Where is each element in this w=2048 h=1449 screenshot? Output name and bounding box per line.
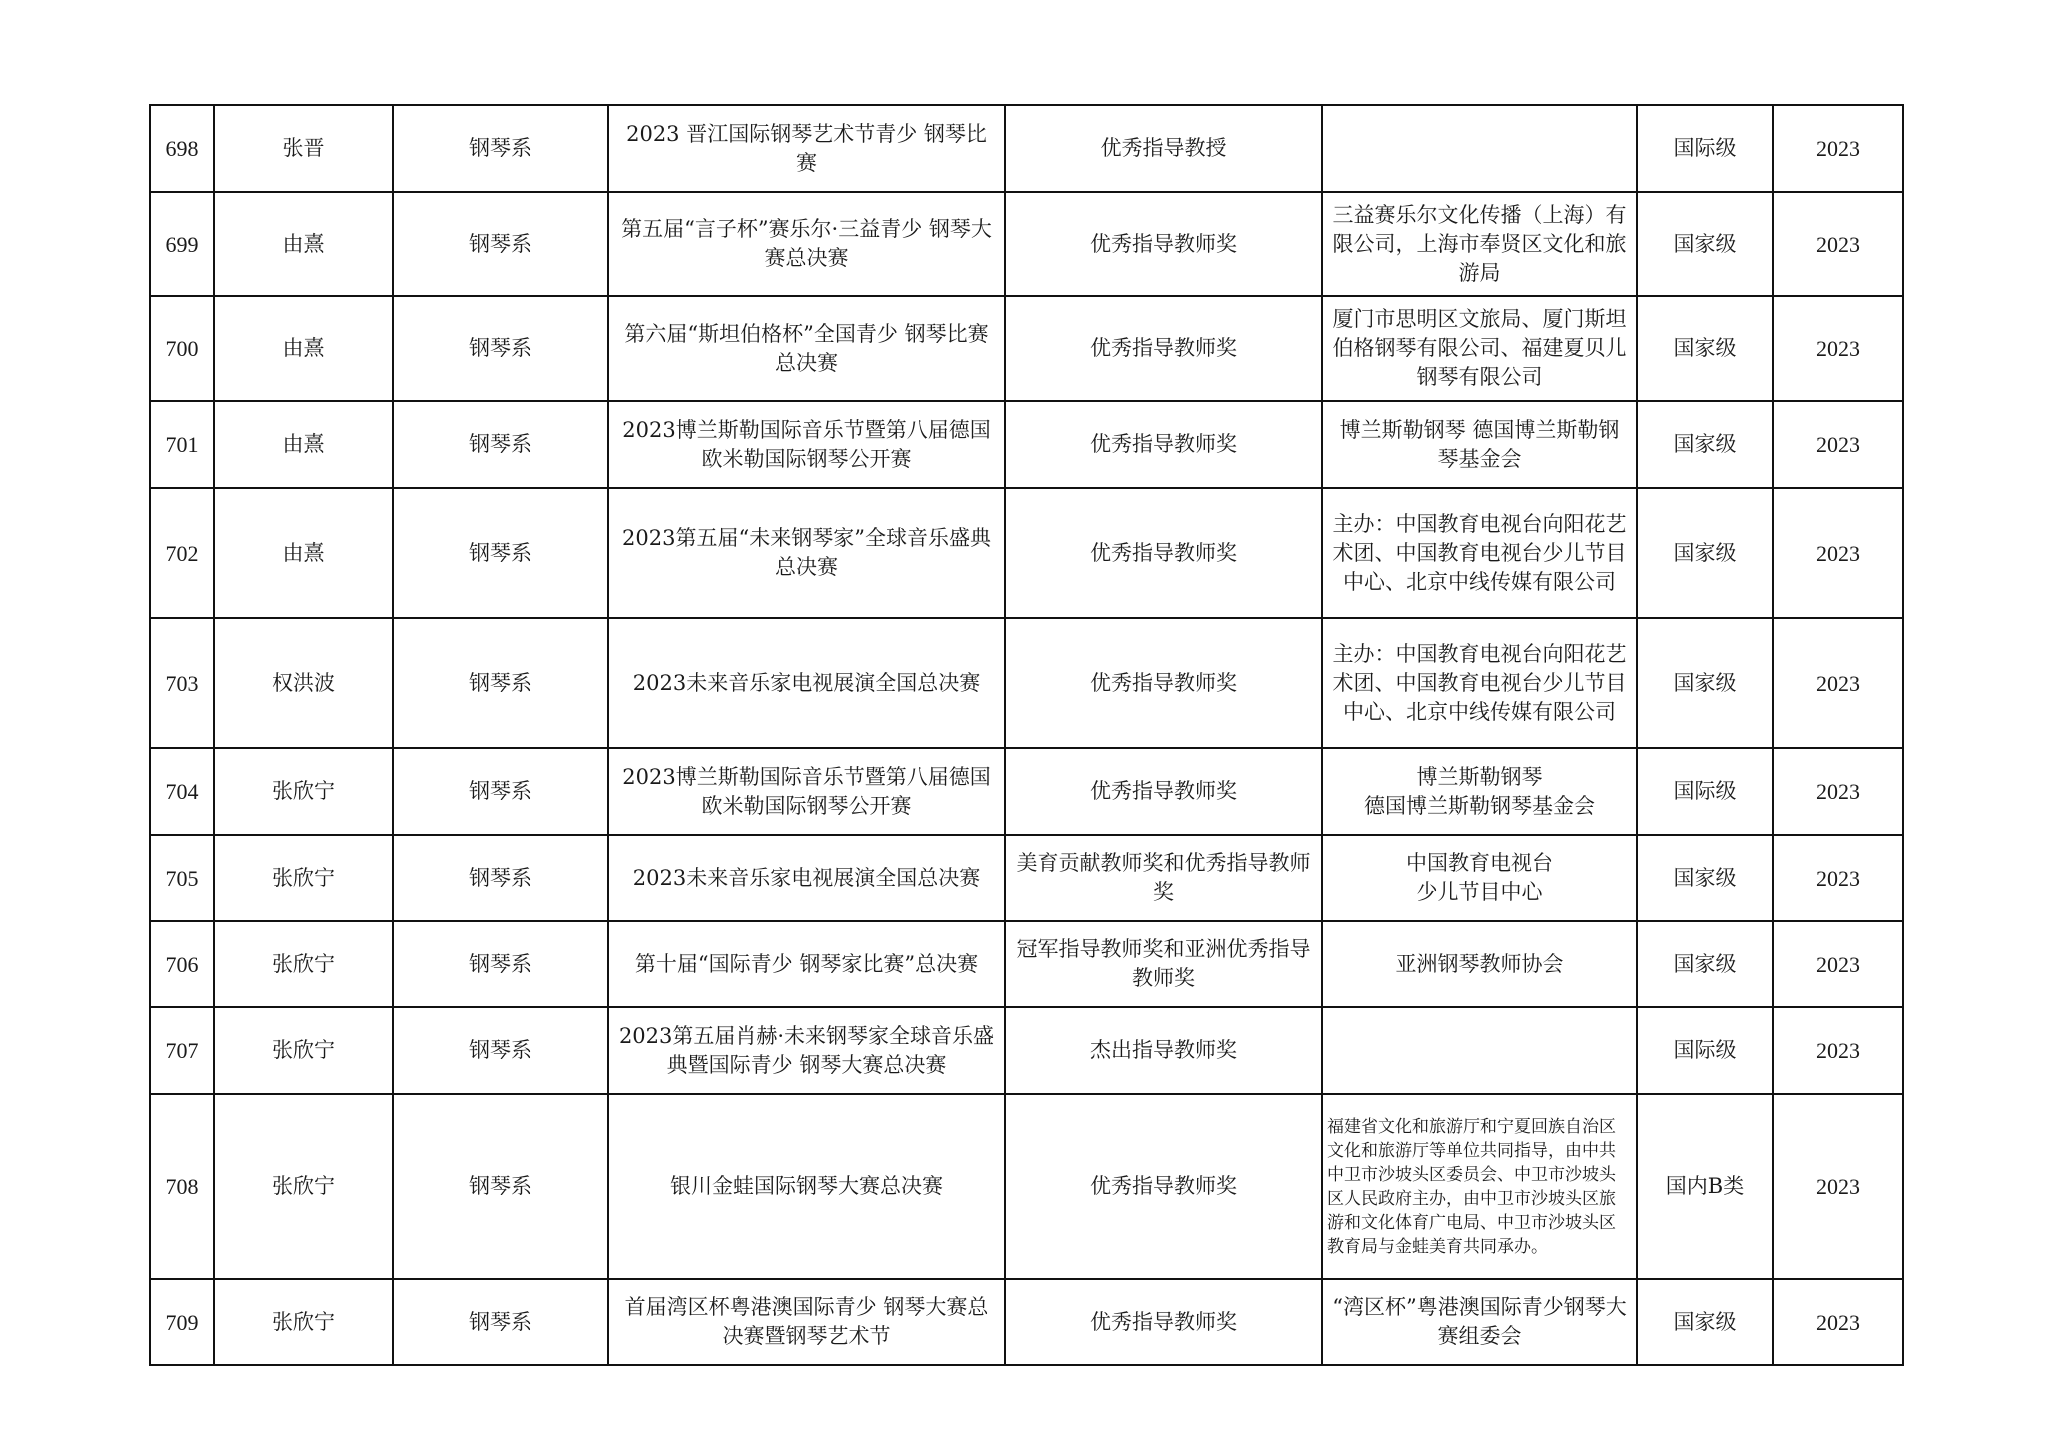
cell-year: 2023 [1773,921,1903,1007]
table-row: 700 由熹 钢琴系 第六届“斯坦伯格杯”全国青少 钢琴比赛总决赛 优秀指导教师… [150,296,1903,401]
cell-award: 优秀指导教师奖 [1005,192,1322,296]
cell-no: 708 [150,1094,214,1279]
cell-award: 优秀指导教师奖 [1005,488,1322,618]
cell-no: 699 [150,192,214,296]
cell-competition: 2023博兰斯勒国际音乐节暨第八届德国欧米勒国际钢琴公开赛 [608,401,1005,488]
cell-name: 由熹 [214,488,393,618]
cell-level: 国家级 [1637,921,1773,1007]
cell-dept: 钢琴系 [393,1279,608,1365]
cell-name: 张晋 [214,105,393,192]
cell-no: 709 [150,1279,214,1365]
cell-level: 国际级 [1637,1007,1773,1094]
cell-name: 张欣宁 [214,1279,393,1365]
cell-dept: 钢琴系 [393,488,608,618]
table-row: 708 张欣宁 钢琴系 银川金蛙国际钢琴大赛总决赛 优秀指导教师奖 福建省文化和… [150,1094,1903,1279]
cell-competition: 第十届“国际青少 钢琴家比赛”总决赛 [608,921,1005,1007]
cell-dept: 钢琴系 [393,1094,608,1279]
cell-no: 704 [150,748,214,835]
table-row: 702 由熹 钢琴系 2023第五届“未来钢琴家”全球音乐盛典总决赛 优秀指导教… [150,488,1903,618]
cell-name: 张欣宁 [214,921,393,1007]
cell-level: 国家级 [1637,401,1773,488]
cell-level: 国家级 [1637,835,1773,921]
cell-organizer: “湾区杯”粤港澳国际青少钢琴大赛组委会 [1322,1279,1637,1365]
cell-competition: 2023 晋江国际钢琴艺术节青少 钢琴比赛 [608,105,1005,192]
cell-competition: 2023未来音乐家电视展演全国总决赛 [608,835,1005,921]
table-row: 698 张晋 钢琴系 2023 晋江国际钢琴艺术节青少 钢琴比赛 优秀指导教授 … [150,105,1903,192]
cell-name: 由熹 [214,401,393,488]
cell-organizer: 主办：中国教育电视台向阳花艺术团、中国教育电视台少儿节目中心、北京中线传媒有限公… [1322,488,1637,618]
cell-level: 国家级 [1637,618,1773,748]
cell-competition: 银川金蛙国际钢琴大赛总决赛 [608,1094,1005,1279]
table-row: 709 张欣宁 钢琴系 首届湾区杯粤港澳国际青少 钢琴大赛总决赛暨钢琴艺术节 优… [150,1279,1903,1365]
cell-no: 698 [150,105,214,192]
cell-organizer: 主办：中国教育电视台向阳花艺术团、中国教育电视台少儿节目中心、北京中线传媒有限公… [1322,618,1637,748]
cell-no: 703 [150,618,214,748]
cell-competition: 第五届“言子杯”赛乐尔·三益青少 钢琴大赛总决赛 [608,192,1005,296]
cell-competition: 2023未来音乐家电视展演全国总决赛 [608,618,1005,748]
cell-award: 优秀指导教师奖 [1005,296,1322,401]
cell-award: 优秀指导教师奖 [1005,618,1322,748]
cell-no: 701 [150,401,214,488]
table-row: 705 张欣宁 钢琴系 2023未来音乐家电视展演全国总决赛 美育贡献教师奖和优… [150,835,1903,921]
cell-dept: 钢琴系 [393,105,608,192]
cell-level: 国家级 [1637,192,1773,296]
cell-organizer: 厦门市思明区文旅局、厦门斯坦伯格钢琴有限公司、福建夏贝儿钢琴有限公司 [1322,296,1637,401]
cell-year: 2023 [1773,105,1903,192]
cell-year: 2023 [1773,296,1903,401]
table-row: 706 张欣宁 钢琴系 第十届“国际青少 钢琴家比赛”总决赛 冠军指导教师奖和亚… [150,921,1903,1007]
cell-award: 杰出指导教师奖 [1005,1007,1322,1094]
table-row: 704 张欣宁 钢琴系 2023博兰斯勒国际音乐节暨第八届德国欧米勒国际钢琴公开… [150,748,1903,835]
cell-award: 优秀指导教师奖 [1005,748,1322,835]
cell-competition: 2023博兰斯勒国际音乐节暨第八届德国欧米勒国际钢琴公开赛 [608,748,1005,835]
cell-dept: 钢琴系 [393,618,608,748]
cell-organizer: 亚洲钢琴教师协会 [1322,921,1637,1007]
cell-year: 2023 [1773,748,1903,835]
cell-competition: 首届湾区杯粤港澳国际青少 钢琴大赛总决赛暨钢琴艺术节 [608,1279,1005,1365]
cell-year: 2023 [1773,1094,1903,1279]
cell-competition: 2023第五届肖赫·未来钢琴家全球音乐盛典暨国际青少 钢琴大赛总决赛 [608,1007,1005,1094]
cell-level: 国际级 [1637,748,1773,835]
cell-dept: 钢琴系 [393,835,608,921]
cell-name: 由熹 [214,192,393,296]
cell-dept: 钢琴系 [393,192,608,296]
cell-dept: 钢琴系 [393,401,608,488]
cell-level: 国家级 [1637,1279,1773,1365]
cell-award: 优秀指导教授 [1005,105,1322,192]
cell-organizer [1322,105,1637,192]
cell-organizer [1322,1007,1637,1094]
table-row: 701 由熹 钢琴系 2023博兰斯勒国际音乐节暨第八届德国欧米勒国际钢琴公开赛… [150,401,1903,488]
cell-level: 国内B类 [1637,1094,1773,1279]
cell-organizer: 博兰斯勒钢琴德国博兰斯勒钢琴基金会 [1322,748,1637,835]
cell-level: 国家级 [1637,296,1773,401]
table-row: 707 张欣宁 钢琴系 2023第五届肖赫·未来钢琴家全球音乐盛典暨国际青少 钢… [150,1007,1903,1094]
cell-year: 2023 [1773,1007,1903,1094]
cell-year: 2023 [1773,1279,1903,1365]
cell-competition: 2023第五届“未来钢琴家”全球音乐盛典总决赛 [608,488,1005,618]
cell-dept: 钢琴系 [393,296,608,401]
cell-level: 国家级 [1637,488,1773,618]
cell-name: 权洪波 [214,618,393,748]
awards-table: 698 张晋 钢琴系 2023 晋江国际钢琴艺术节青少 钢琴比赛 优秀指导教授 … [149,104,1904,1366]
cell-name: 张欣宁 [214,1007,393,1094]
cell-no: 705 [150,835,214,921]
cell-year: 2023 [1773,192,1903,296]
cell-name: 由熹 [214,296,393,401]
cell-name: 张欣宁 [214,748,393,835]
cell-name: 张欣宁 [214,835,393,921]
cell-dept: 钢琴系 [393,1007,608,1094]
cell-no: 700 [150,296,214,401]
cell-award: 优秀指导教师奖 [1005,1279,1322,1365]
cell-no: 702 [150,488,214,618]
cell-year: 2023 [1773,401,1903,488]
cell-no: 706 [150,921,214,1007]
cell-year: 2023 [1773,618,1903,748]
cell-year: 2023 [1773,488,1903,618]
cell-dept: 钢琴系 [393,921,608,1007]
table-row: 699 由熹 钢琴系 第五届“言子杯”赛乐尔·三益青少 钢琴大赛总决赛 优秀指导… [150,192,1903,296]
cell-competition: 第六届“斯坦伯格杯”全国青少 钢琴比赛总决赛 [608,296,1005,401]
cell-organizer: 三益赛乐尔文化传播（上海）有限公司，上海市奉贤区文化和旅游局 [1322,192,1637,296]
cell-year: 2023 [1773,835,1903,921]
cell-dept: 钢琴系 [393,748,608,835]
cell-organizer: 博兰斯勒钢琴 德国博兰斯勒钢琴基金会 [1322,401,1637,488]
cell-level: 国际级 [1637,105,1773,192]
cell-name: 张欣宁 [214,1094,393,1279]
cell-organizer: 中国教育电视台少儿节目中心 [1322,835,1637,921]
cell-organizer: 福建省文化和旅游厅和宁夏回族自治区文化和旅游厅等单位共同指导，由中共中卫市沙坡头… [1322,1094,1637,1279]
cell-no: 707 [150,1007,214,1094]
cell-award: 优秀指导教师奖 [1005,401,1322,488]
cell-award: 冠军指导教师奖和亚洲优秀指导教师奖 [1005,921,1322,1007]
cell-award: 优秀指导教师奖 [1005,1094,1322,1279]
cell-award: 美育贡献教师奖和优秀指导教师奖 [1005,835,1322,921]
table-row: 703 权洪波 钢琴系 2023未来音乐家电视展演全国总决赛 优秀指导教师奖 主… [150,618,1903,748]
